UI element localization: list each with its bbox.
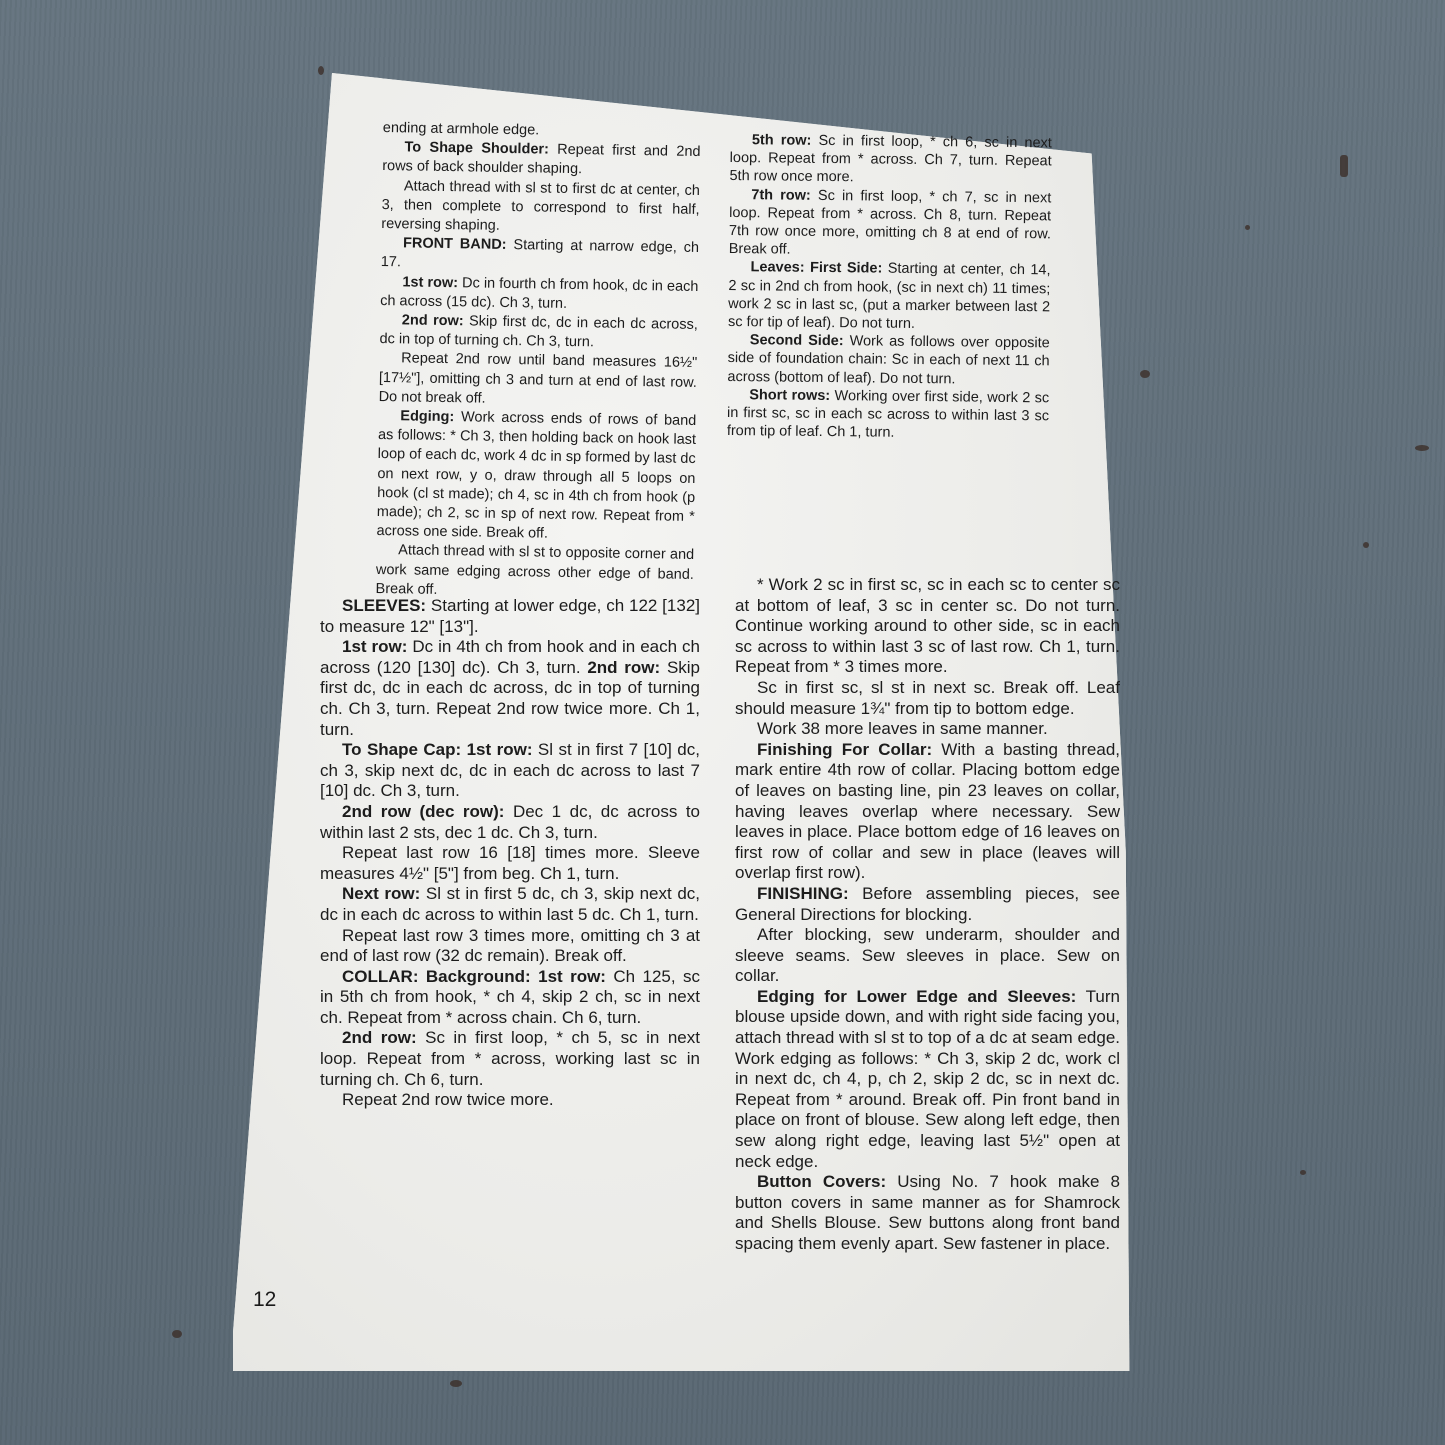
- section-heading: Next row:: [342, 884, 420, 903]
- page-number: 12: [253, 1288, 276, 1312]
- table-speck: [1415, 445, 1429, 451]
- table-speck: [1300, 1170, 1306, 1175]
- instruction-text: * Work 2 sc in first sc, sc in each sc t…: [735, 575, 1120, 676]
- table-speck: [172, 1330, 182, 1338]
- instruction-paragraph: 2nd row: Sc in first loop, * ch 5, sc in…: [320, 1028, 700, 1090]
- instruction-paragraph: Attach thread with sl st to first dc at …: [381, 177, 700, 240]
- table-speck: [318, 66, 324, 75]
- instruction-paragraph: Leaves: First Side: Starting at center, …: [728, 258, 1051, 334]
- instruction-paragraph: Short rows: Working over first side, wor…: [727, 386, 1050, 444]
- instruction-paragraph: Next row: Sl st in first 5 dc, ch 3, ski…: [320, 884, 700, 925]
- section-heading: 2nd row:: [587, 658, 660, 677]
- instruction-text: Repeat last row 16 [18] times more. Slee…: [320, 843, 700, 883]
- instruction-text: ending at armhole edge.: [383, 120, 540, 138]
- instruction-paragraph: Button Covers: Using No. 7 hook make 8 b…: [735, 1172, 1120, 1254]
- instruction-paragraph: Repeat 2nd row twice more.: [320, 1090, 700, 1111]
- right-column-top: 5th row: Sc in first loop, * ch 6, sc in…: [727, 131, 1052, 444]
- left-column-bottom: SLEEVES: Starting at lower edge, ch 122 …: [320, 596, 700, 1111]
- instruction-text: With a basting thread, mark entire 4th r…: [735, 740, 1120, 883]
- instruction-text: Work 38 more leaves in same manner.: [757, 719, 1048, 738]
- section-heading: SLEEVES:: [342, 596, 426, 615]
- instruction-paragraph: Repeat last row 16 [18] times more. Slee…: [320, 843, 700, 884]
- instruction-paragraph: SLEEVES: Starting at lower edge, ch 122 …: [320, 596, 700, 637]
- section-heading: Short rows:: [749, 387, 830, 404]
- instruction-paragraph: 2nd row (dec row): Dec 1 dc, dc across t…: [320, 802, 700, 843]
- instruction-text: Work across ends of rows of band as foll…: [376, 409, 696, 542]
- instruction-text: After blocking, sew underarm, shoulder a…: [735, 925, 1120, 985]
- table-speck: [1340, 155, 1348, 177]
- instruction-paragraph: To Shape Cap: 1st row: Sl st in first 7 …: [320, 740, 700, 802]
- right-column-bottom: * Work 2 sc in first sc, sc in each sc t…: [735, 575, 1120, 1255]
- instruction-paragraph: Work 38 more leaves in same manner.: [735, 719, 1120, 740]
- instruction-paragraph: Edging: Work across ends of rows of band…: [376, 407, 696, 546]
- section-heading: To Shape Cap: 1st row:: [342, 740, 533, 759]
- instruction-paragraph: 7th row: Sc in first loop, * ch 7, sc in…: [729, 186, 1052, 262]
- instruction-paragraph: Repeat last row 3 times more, omitting c…: [320, 926, 700, 967]
- section-heading: Button Covers:: [757, 1172, 886, 1191]
- instruction-paragraph: 1st row: Dc in 4th ch from hook and in e…: [320, 637, 700, 740]
- left-column-top: ending at armhole edge.To Shape Shoulder…: [375, 119, 701, 604]
- section-heading: 1st row:: [342, 637, 407, 656]
- instruction-text: Turn blouse upside down, and with right …: [735, 987, 1120, 1171]
- table-speck: [1363, 542, 1369, 548]
- section-heading: 1st row:: [402, 274, 458, 291]
- instruction-paragraph: COLLAR: Background: 1st row: Ch 125, sc …: [320, 967, 700, 1029]
- instruction-paragraph: Repeat 2nd row until band measures 16½" …: [378, 349, 697, 412]
- section-heading: 7th row:: [751, 187, 811, 204]
- instruction-text: Attach thread with sl st to opposite cor…: [375, 543, 694, 598]
- section-heading: To Shape Shoulder:: [404, 140, 549, 158]
- instruction-paragraph: To Shape Shoulder: Repeat first and 2nd …: [382, 138, 701, 181]
- section-heading: FINISHING:: [757, 884, 849, 903]
- instruction-text: Attach thread with sl st to first dc at …: [381, 178, 700, 234]
- section-heading: Leaves: First Side:: [750, 260, 882, 277]
- section-heading: Edging for Lower Edge and Sleeves:: [757, 987, 1076, 1006]
- instruction-paragraph: Attach thread with sl st to opposite cor…: [375, 541, 694, 604]
- instruction-paragraph: Sc in first sc, sl st in next sc. Break …: [735, 678, 1120, 719]
- section-heading: 2nd row:: [342, 1028, 417, 1047]
- section-heading: 5th row:: [752, 132, 812, 149]
- section-heading: 2nd row:: [402, 312, 464, 329]
- instruction-paragraph: Second Side: Work as follows over opposi…: [727, 331, 1050, 389]
- section-heading: COLLAR: Background: 1st row:: [342, 967, 606, 986]
- instruction-paragraph: * Work 2 sc in first sc, sc in each sc t…: [735, 575, 1120, 678]
- table-speck: [1245, 225, 1250, 230]
- instruction-paragraph: FRONT BAND: Starting at narrow edge, ch …: [381, 234, 700, 277]
- table-speck: [1140, 370, 1150, 378]
- section-heading: Edging:: [400, 408, 454, 425]
- instruction-text: Sc in first sc, sl st in next sc. Break …: [735, 678, 1120, 718]
- section-heading: Second Side:: [750, 332, 844, 349]
- instruction-paragraph: 5th row: Sc in first loop, * ch 6, sc in…: [729, 131, 1052, 189]
- instruction-paragraph: 2nd row: Skip first dc, dc in each dc ac…: [379, 311, 698, 354]
- instruction-paragraph: 1st row: Dc in fourth ch from hook, dc i…: [380, 273, 699, 316]
- instruction-paragraph: FINISHING: Before assembling pieces, see…: [735, 884, 1120, 925]
- instruction-paragraph: Finishing For Collar: With a basting thr…: [735, 740, 1120, 884]
- section-heading: 2nd row (dec row):: [342, 802, 504, 821]
- instruction-text: Repeat 2nd row until band measures 16½" …: [379, 351, 698, 407]
- instruction-text: Repeat 2nd row twice more.: [342, 1090, 554, 1109]
- table-speck: [450, 1380, 462, 1387]
- section-heading: Finishing For Collar:: [757, 740, 932, 759]
- instruction-paragraph: After blocking, sew underarm, shoulder a…: [735, 925, 1120, 987]
- booklet-page: [0, 0, 1445, 1445]
- section-heading: FRONT BAND:: [403, 236, 507, 254]
- instruction-text: Repeat last row 3 times more, omitting c…: [320, 926, 700, 966]
- instruction-paragraph: Edging for Lower Edge and Sleeves: Turn …: [735, 987, 1120, 1172]
